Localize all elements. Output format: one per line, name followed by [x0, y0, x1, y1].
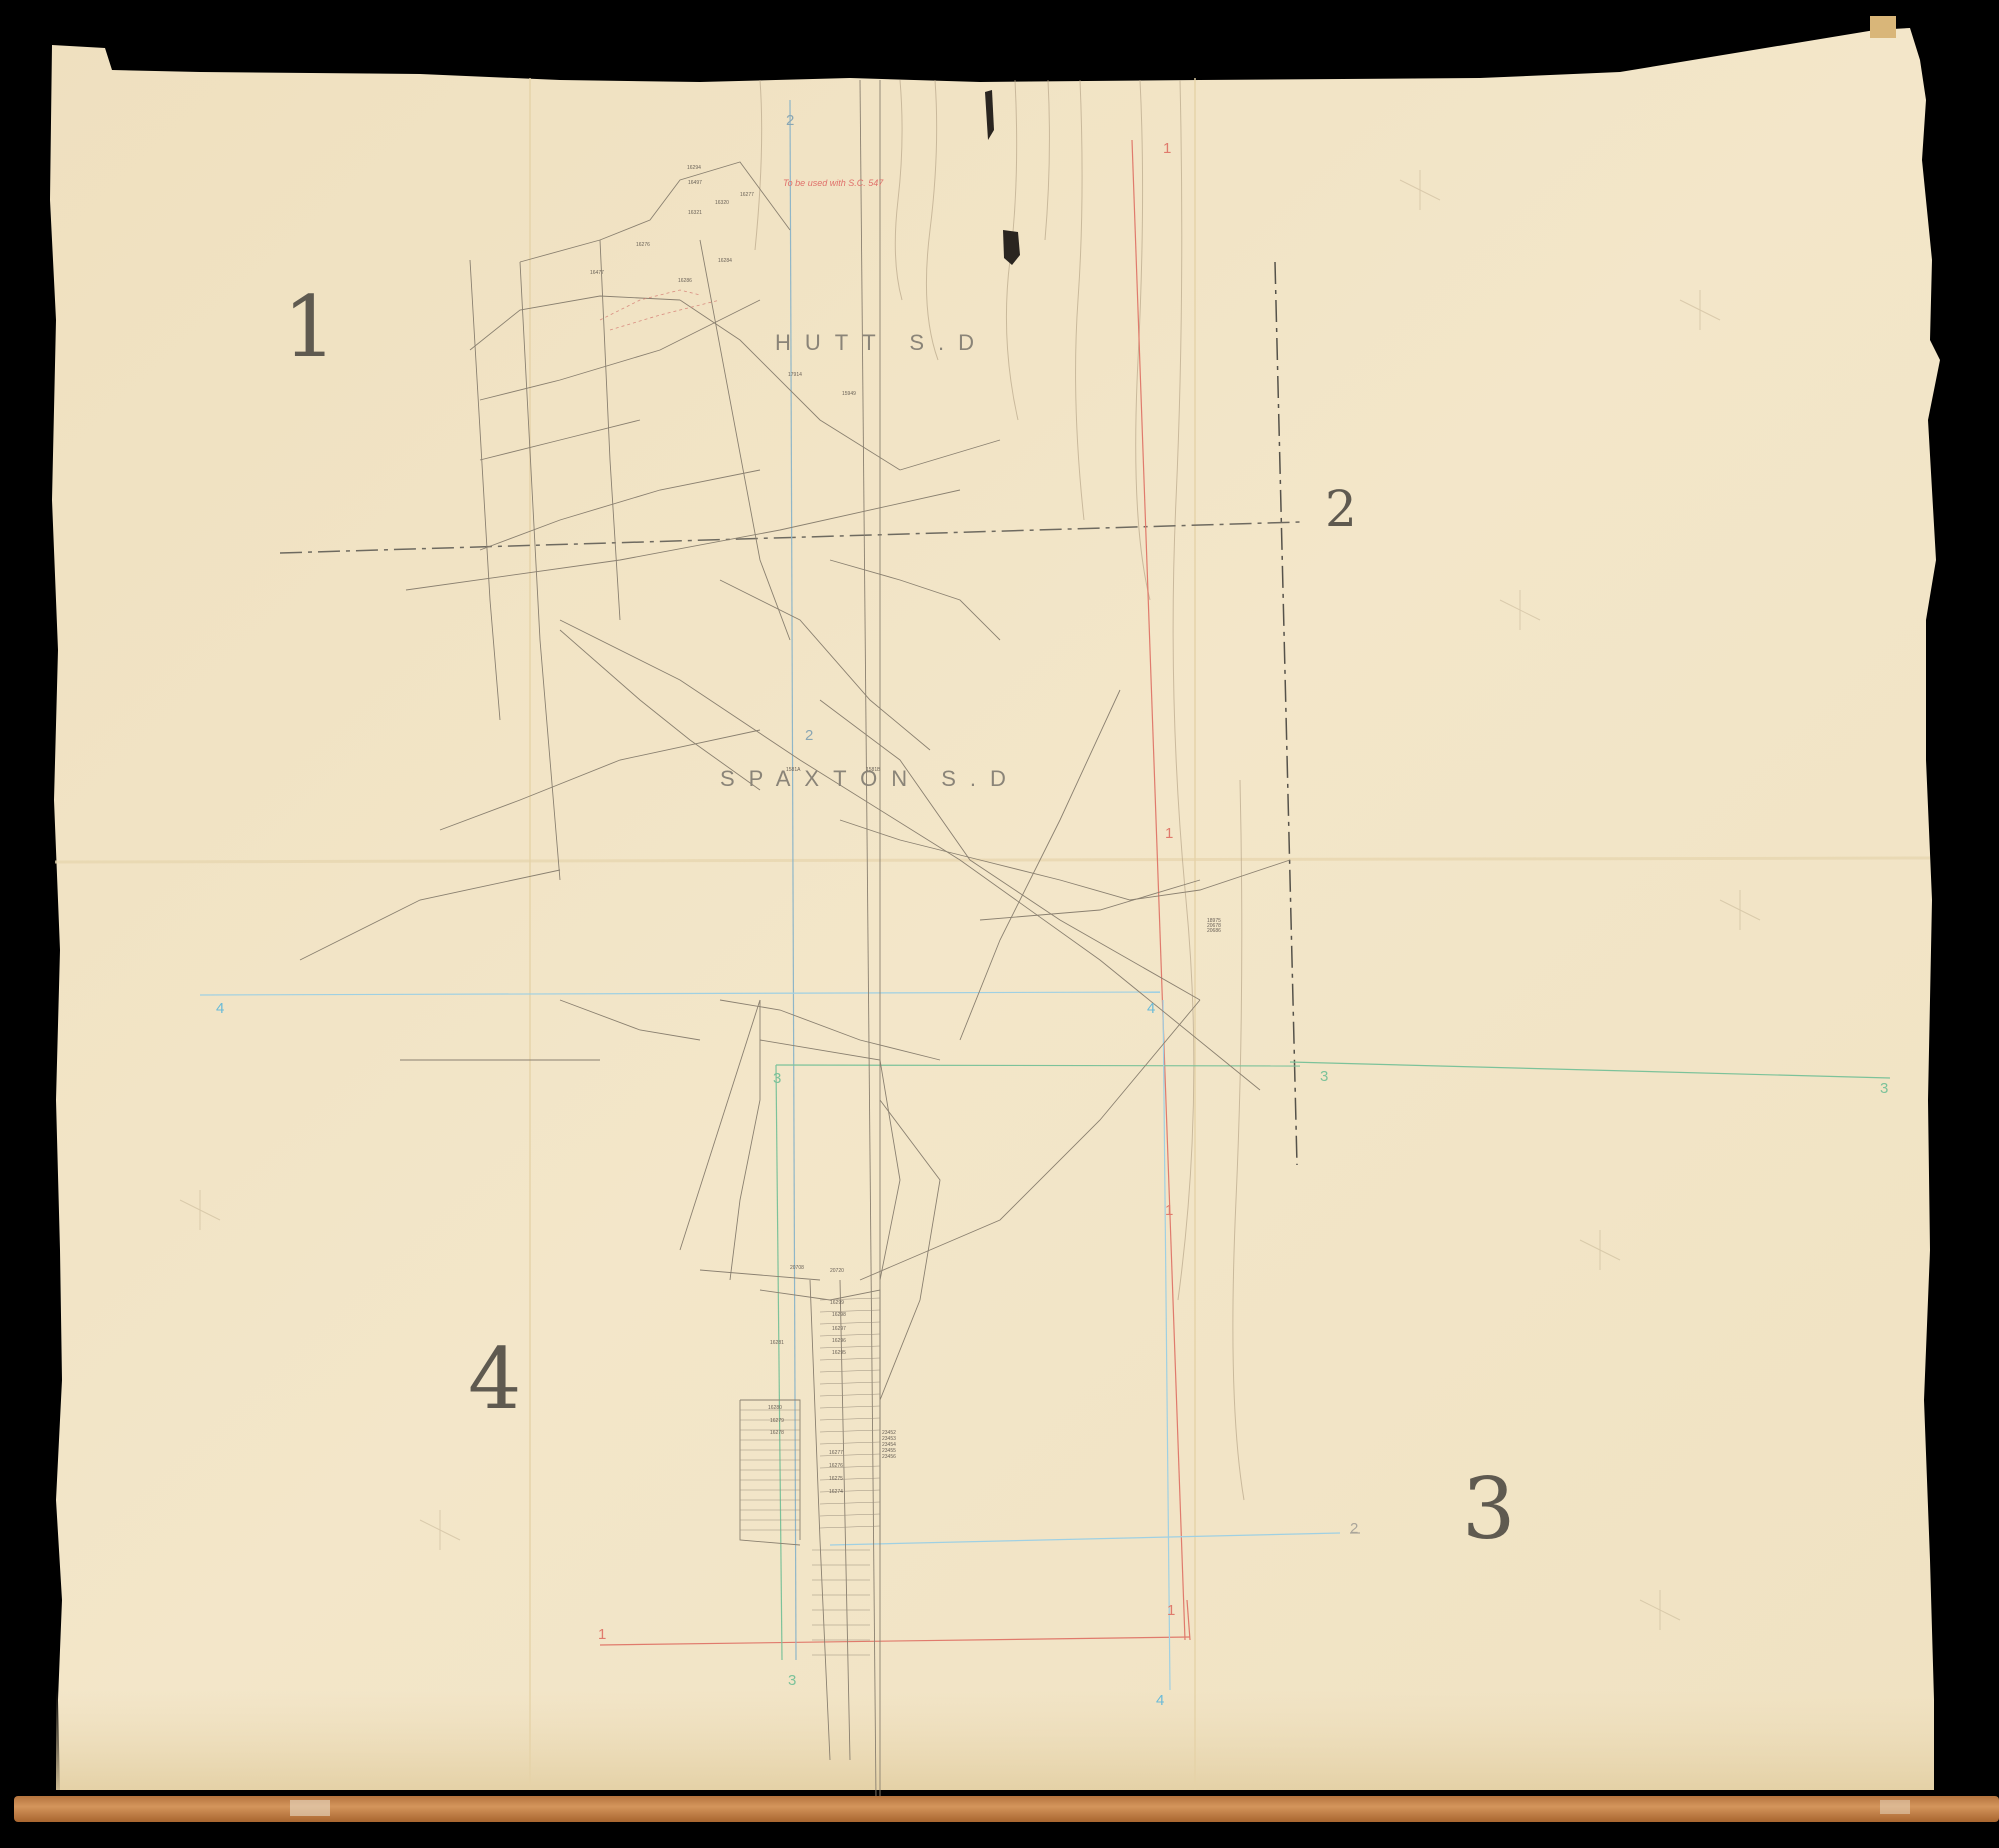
parcel-label: 16275	[829, 1476, 843, 1482]
grid-number: 2	[805, 727, 813, 744]
grid-number: 2	[1350, 1520, 1358, 1537]
parcel-label: 16298	[832, 1312, 846, 1318]
parcel-label: 16286	[678, 278, 692, 284]
grid-number: 1	[1165, 1202, 1173, 1219]
tape-tab	[1870, 16, 1896, 38]
grid-number: 1	[1165, 825, 1173, 842]
parcel-label: 16297	[832, 1326, 846, 1332]
parcel-label: 16277	[740, 192, 754, 198]
parcel-label: 17914	[788, 372, 802, 378]
parcel-label: 23456	[882, 1454, 896, 1460]
grid-number: 2	[786, 112, 794, 129]
parcel-label: 20708	[790, 1265, 804, 1271]
sheet-number-1: 1	[283, 278, 336, 376]
sheet-number-2: 2	[1325, 480, 1357, 538]
parcel-label: 16294	[687, 165, 701, 171]
parcel-label: 15949	[842, 391, 856, 397]
map-scan: HUTT S.D SPAXTON S.D 1 2 3 4 2 2 4 4 3 3…	[0, 0, 1999, 1848]
parcel-label: 16281	[770, 1340, 784, 1346]
grid-number: 3	[773, 1070, 781, 1087]
parcel-label: 16279	[770, 1418, 784, 1424]
parcel-label: 1581B	[866, 767, 880, 773]
parcel-label: 16296	[832, 1338, 846, 1344]
parcel-label: 1581A	[786, 767, 800, 773]
grid-number: 1	[1167, 1602, 1175, 1619]
parcel-label: 16497	[688, 180, 702, 186]
parcel-label: 16276	[829, 1463, 843, 1469]
grid-number: 3	[788, 1672, 796, 1689]
grid-number: 4	[1156, 1692, 1164, 1709]
district-label-hutt: HUTT S.D	[775, 330, 988, 356]
parcel-label: 16276	[636, 242, 650, 248]
parcel-label: 20720	[830, 1268, 844, 1274]
sheet-number-4: 4	[468, 1330, 521, 1428]
parcel-label: 16277	[829, 1450, 843, 1456]
grid-number: 3	[1320, 1068, 1328, 1085]
parcel-label: 16280	[768, 1405, 782, 1411]
grid-number: 1	[598, 1626, 606, 1643]
grid-number: 3	[1880, 1080, 1888, 1097]
parcel-label: 16299	[830, 1300, 844, 1306]
parcel-label: 20686	[1207, 928, 1221, 934]
grid-number: 4	[1147, 1000, 1155, 1017]
red-annotation: To be used with S.C. 547	[783, 178, 883, 188]
parcel-label: 16284	[718, 258, 732, 264]
sheet-number-3: 3	[1462, 1460, 1515, 1558]
parcel-label: 16295	[832, 1350, 846, 1356]
parcel-label: 16320	[715, 200, 729, 206]
grid-number: 1	[1163, 140, 1171, 157]
parcel-label: 16278	[770, 1430, 784, 1436]
parcel-label: 16321	[688, 210, 702, 216]
grid-number: 4	[216, 1000, 224, 1017]
parcel-label: 16477	[590, 270, 604, 276]
parcel-label: 16274	[829, 1489, 843, 1495]
